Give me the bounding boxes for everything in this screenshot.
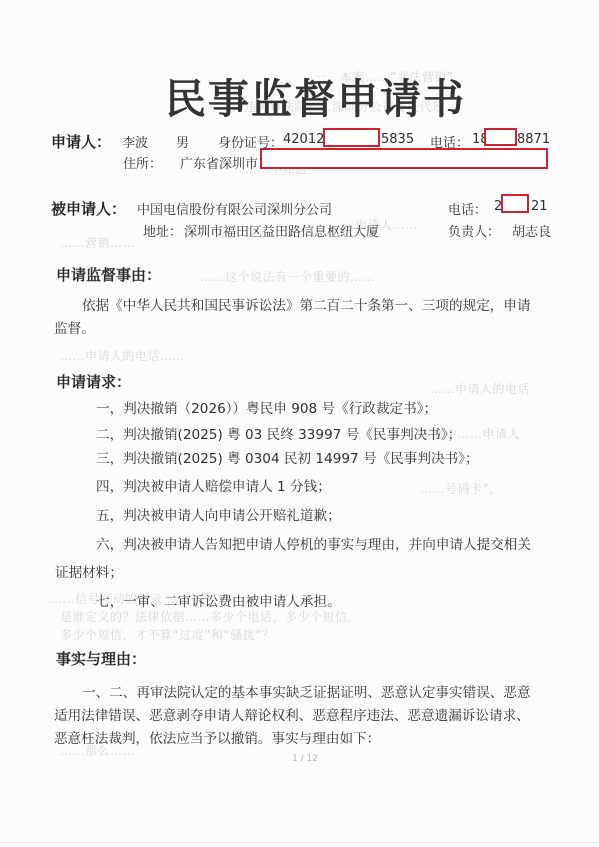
request-item-1: 一，判决撤销（2026））粤民申 908 号《行政裁定书》； <box>96 397 437 417</box>
respondent-label: 被申请人： <box>51 198 126 219</box>
applicant-phone-suffix: 8871 <box>517 132 550 147</box>
bleed-through-text: 多少个短信，才不算“过度”和“骚扰”？ <box>60 626 274 643</box>
reason-heading: 申请监督事由： <box>56 264 161 285</box>
respondent-principal-value: 胡志良 <box>512 221 551 240</box>
page-number: 1 / 12 <box>292 754 318 764</box>
applicant-address-value: 广东省深圳市 <box>180 153 258 172</box>
applicant-label: 申请人： <box>51 131 111 152</box>
bleed-through-text: ……申请人的电话 <box>430 380 530 397</box>
respondent-phone-suffix: 21 <box>531 199 548 214</box>
reason-line-2: 监督。 <box>54 317 95 337</box>
requests-heading: 申请请求： <box>56 371 131 392</box>
redaction-box-phone <box>484 128 517 146</box>
request-item-7: 七，一审、二审诉讼费由被申请人承担。 <box>96 590 341 610</box>
bleed-through-text: ……号码卡”， <box>420 480 502 497</box>
redaction-box-address <box>260 148 548 169</box>
document-title: 民事监督申请书 <box>165 66 466 125</box>
respondent-principal-label: 负责人： <box>448 221 500 240</box>
respondent-phone-label: 电话： <box>448 199 487 218</box>
respondent-address-label: 地址： <box>143 221 182 240</box>
bleed-through-text: 是谁定义的？法律依据……多少个电话，多少个短信， <box>60 608 360 625</box>
applicant-id-suffix: 5835 <box>381 132 414 147</box>
applicant-name: 李波 <box>122 132 148 151</box>
bleed-through-text: ……营销…… <box>60 234 135 251</box>
request-item-4: 四，判决被申请人赔偿申请人 1 分钱； <box>96 475 331 495</box>
applicant-gender: 男 <box>176 132 189 151</box>
request-item-3: 三，判决撤销(2025) 粤 0304 民初 14997 号《民事判决书》； <box>96 447 479 467</box>
request-item-5: 五，判决被申请人向申请公开赔礼道歉； <box>96 504 341 524</box>
request-item-6: 六，判决被申请人告知把申请人停机的事实与理由，并向申请人提交相关 <box>96 533 531 553</box>
bleed-through-text: ……申请人的电话…… <box>60 347 185 364</box>
request-item-2: 二，判决撤销(2025) 粤 03 民终 33997 号《民事判决书》； <box>96 423 461 443</box>
respondent-name: 中国电信股份有限公司深圳分公司 <box>137 199 332 218</box>
page-edge <box>0 842 599 843</box>
applicant-address-label: 住所： <box>123 153 162 172</box>
facts-line-3: 恶意枉法裁判，依法应当予以撤销。事实与理由如下： <box>54 727 380 747</box>
reason-line-1: 依据《中华人民共和国民事诉讼法》第二百二十条第一、三项的规定，申请 <box>82 294 531 314</box>
document-page: 一、本案……“非法营销” 为违再审法院……深圳分公司委托代理 ……不知道 ……申… <box>0 0 599 847</box>
redaction-box-id <box>323 128 380 147</box>
facts-line-1: 一、二、再审法院认定的基本事实缺乏证据证明、恶意认定事实错误、恶意 <box>82 681 531 701</box>
redaction-box-respondent-phone <box>501 194 529 213</box>
facts-line-2: 适用法律错误、恶意剥夺申请人辩论权利、恶意程序违法、恶意遗漏诉讼请求、 <box>54 704 530 724</box>
request-item-6-cont: 证据材料； <box>55 561 123 581</box>
respondent-address-value: 深圳市福田区益田路信息枢纽大厦 <box>184 221 379 240</box>
facts-heading: 事实与理由： <box>56 648 146 669</box>
bleed-through-text: ……这个说法有一个重要的…… <box>200 268 375 285</box>
